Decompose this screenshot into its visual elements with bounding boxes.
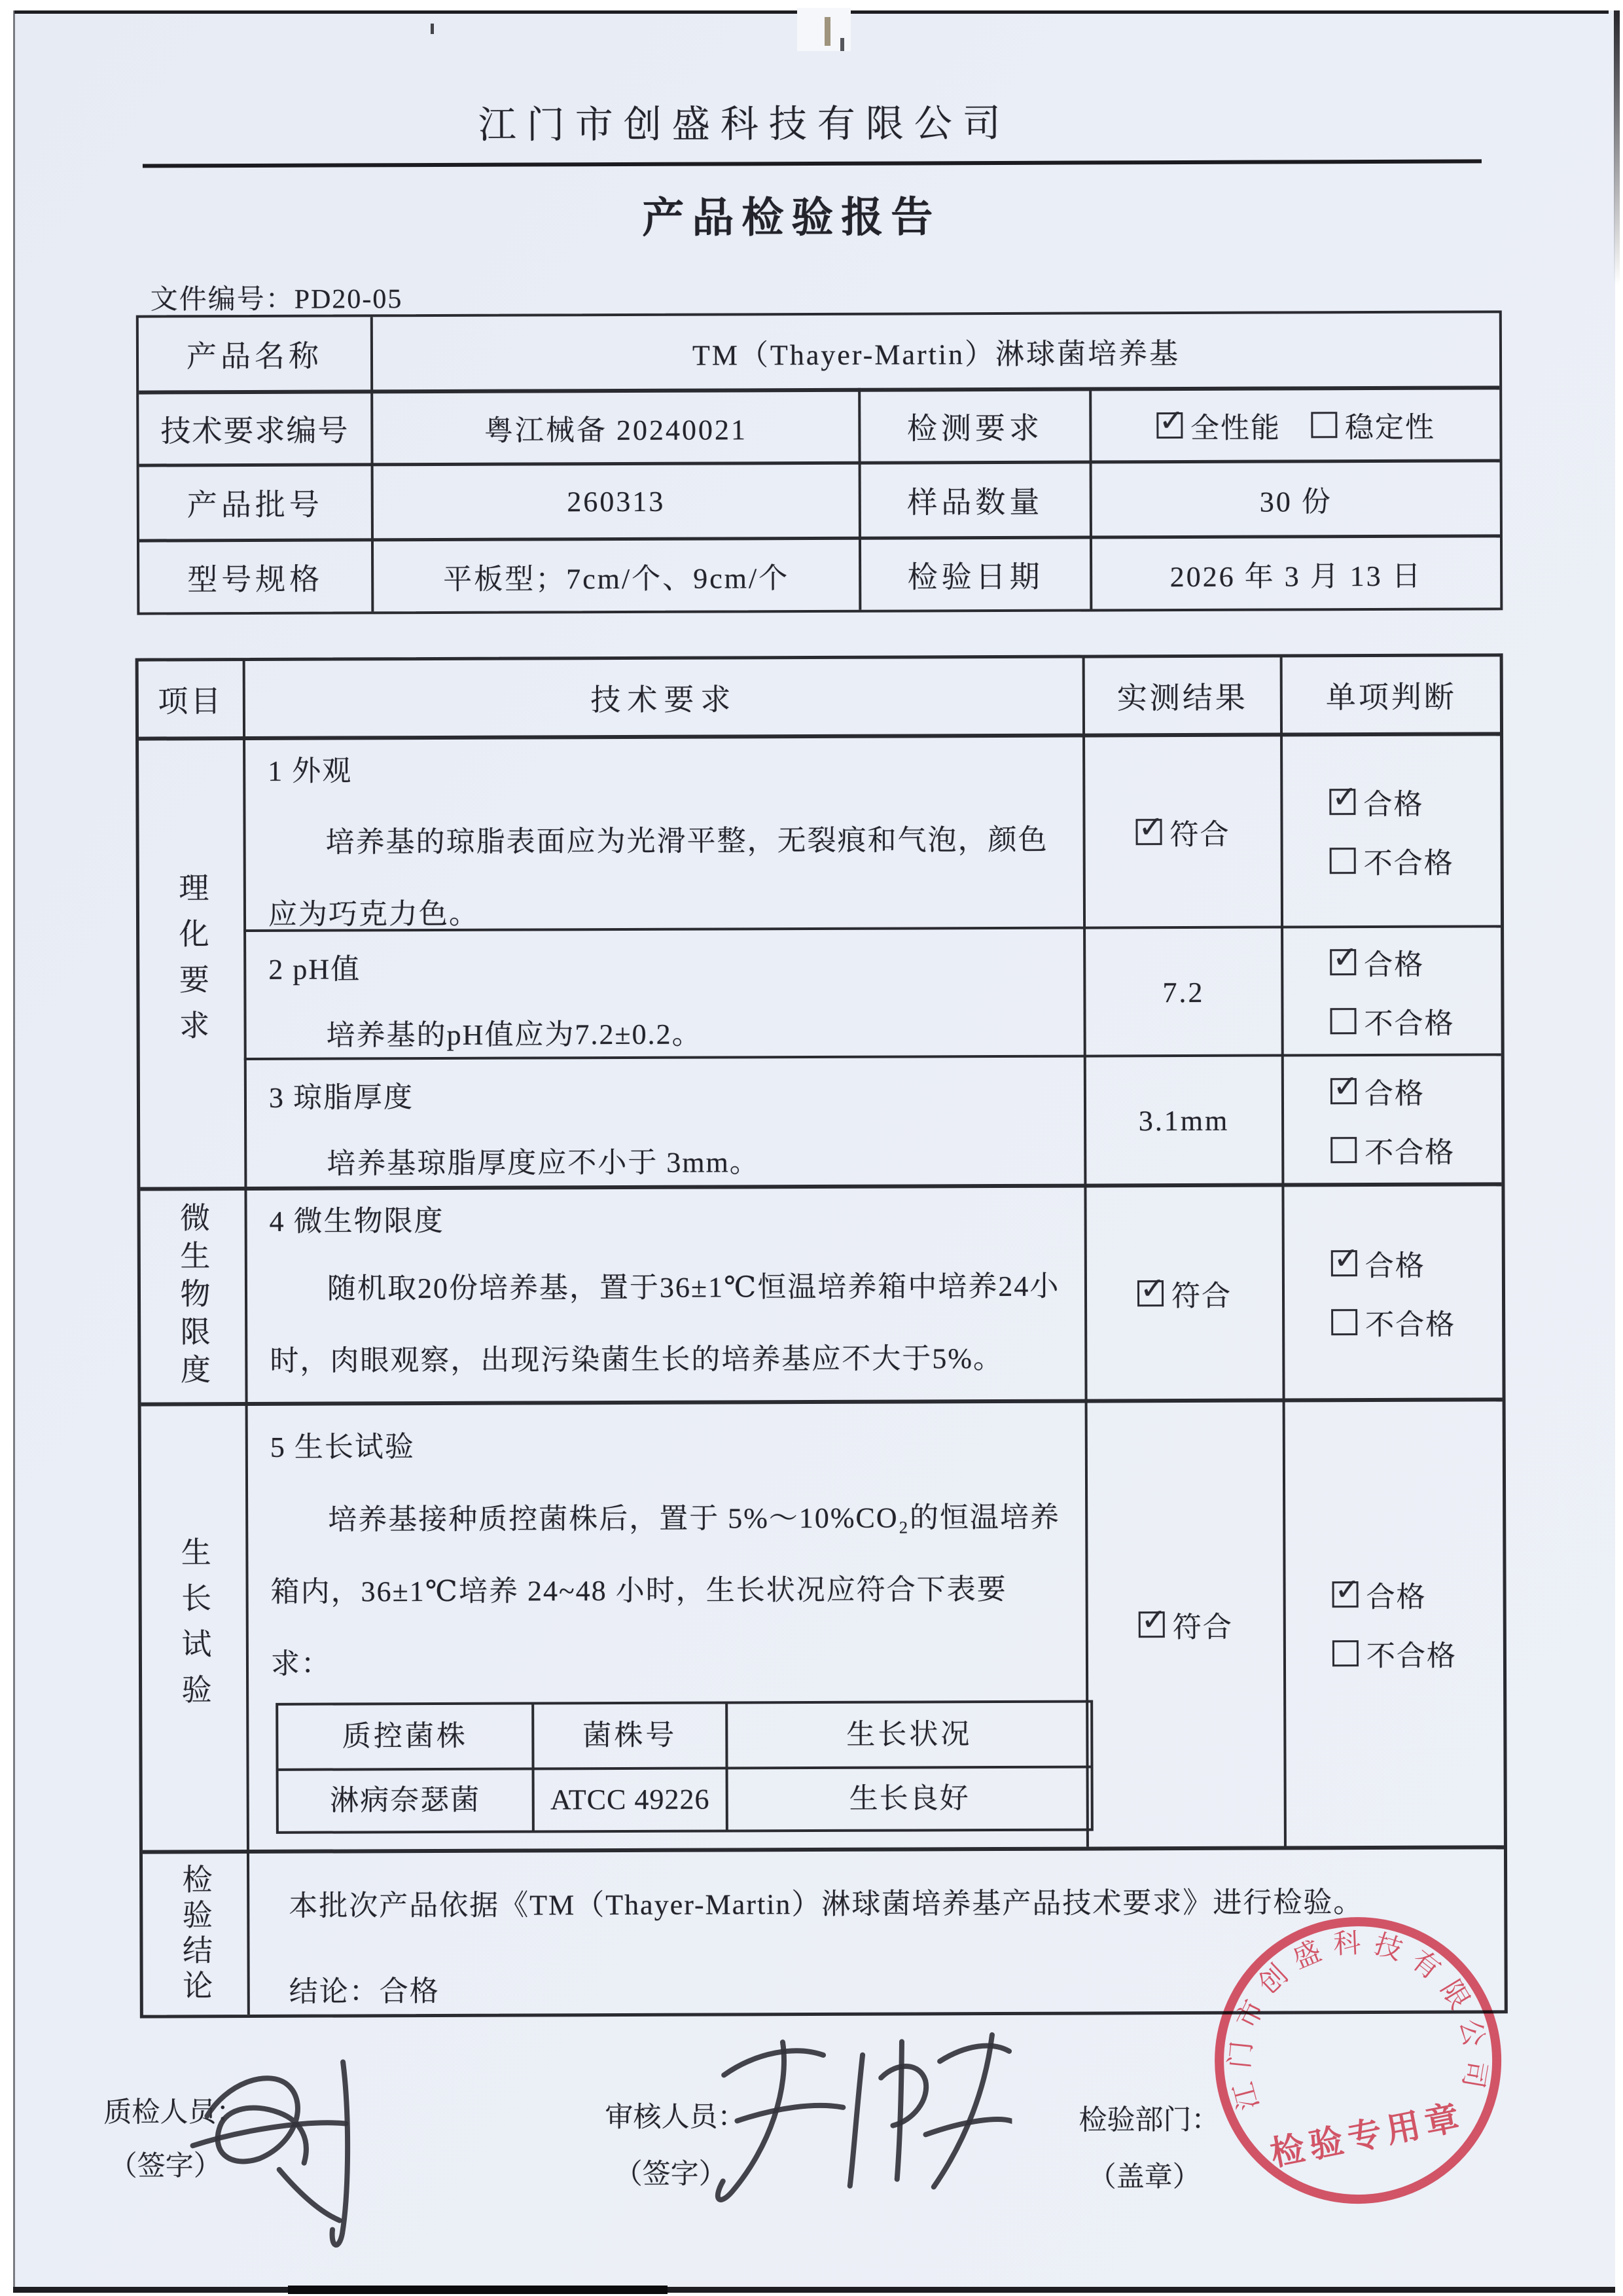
unchecked-box-icon [1311, 412, 1337, 438]
info-value-tech-req-no: 粤江械备 20240021 [373, 392, 858, 463]
judgment-pass-label: 合格 [1365, 1242, 1425, 1283]
checked-box-icon [1137, 1280, 1164, 1306]
result-agar-thickness: 3.1mm [1086, 1058, 1282, 1183]
result-text: 符合 [1169, 810, 1230, 852]
info-label-batch-no: 产品批号 [139, 466, 371, 539]
info-label-sample-qty: 样品数量 [861, 464, 1090, 537]
judgment-fail-label: 不合格 [1365, 1300, 1455, 1342]
requirement-heading: 3 琼脂厚度 [269, 1081, 1065, 1113]
judgment-pass-label: 合格 [1364, 1069, 1425, 1111]
result-microbial: 符合 [1086, 1187, 1282, 1399]
info-value-batch-no: 260313 [374, 465, 859, 539]
info-label-model-spec: 型号规格 [139, 541, 371, 612]
stamp-caption: 检验专用章 [1268, 2098, 1468, 2173]
judgment-fail-label: 不合格 [1364, 1000, 1454, 1042]
doc-number: 文件编号：PD20-05 [151, 277, 403, 317]
requirement-agar-thickness: 3 琼脂厚度 培养基琼脂厚度应不小于 3mm。 [247, 1059, 1084, 1187]
requirement-heading: 4 微生物限度 [270, 1205, 1066, 1236]
requirement-heading: 5 生长试验 [270, 1431, 1067, 1462]
judgment-fail-label: 不合格 [1364, 839, 1454, 881]
checkbox-label: 稳定性 [1345, 404, 1435, 446]
judgment-fail-label: 不合格 [1364, 1128, 1455, 1170]
result-text: 符合 [1173, 1604, 1233, 1645]
growth-table: 质控菌株 菌株号 生长状况 淋病奈瑟菌 ATCC 49226 生长良好 [276, 1700, 1094, 1834]
info-label-tech-req-no: 技术要求编号 [139, 393, 370, 463]
unchecked-box-icon [1330, 1137, 1357, 1163]
judgment-appearance: 合格 不合格 [1283, 736, 1501, 925]
judgment-growth: 合格 不合格 [1285, 1401, 1504, 1846]
info-label-product-name: 产品名称 [139, 317, 370, 390]
section-physicochemical: 理化要求 [139, 740, 244, 1187]
growth-header-strain-no: 菌株号 [534, 1704, 725, 1767]
judgment-fail-label: 不合格 [1366, 1632, 1457, 1674]
result-ph: 7.2 [1086, 929, 1281, 1054]
requirement-text: 随机取20份培养基，置于36±1℃恒温培养箱中培养24小时，肉眼观察，出现污染菌… [270, 1251, 1067, 1397]
unchecked-box-icon [1330, 848, 1356, 874]
growth-cell-status: 生长良好 [728, 1768, 1091, 1830]
result-growth: 符合 [1088, 1402, 1284, 1846]
inspection-stamp: 江门市创盛科技有限公司 检验专用章 [1200, 1903, 1516, 2218]
requirement-ph: 2 pH值 培养基的pH值应为7.2±0.2。 [246, 931, 1084, 1058]
info-value-product-name: TM（Thayer-Martin）淋球菌培养基 [373, 313, 1499, 389]
result-appearance: 符合 [1085, 736, 1281, 926]
checkbox-label: 全性能 [1190, 404, 1281, 446]
col-header-requirement: 技术要求 [245, 658, 1082, 736]
section-microbial-limit: 微生物限度 [140, 1191, 245, 1403]
checkbox-full-performance: 全性能 [1156, 404, 1281, 446]
dept-label: 检验部门： [1079, 2098, 1219, 2138]
judgment-pass-label: 合格 [1366, 1573, 1426, 1615]
header-rule [143, 159, 1482, 168]
qc-signature [181, 2037, 397, 2260]
requirement-heading: 1 外观 [268, 755, 1064, 786]
checked-box-icon [1135, 819, 1162, 845]
growth-header-status: 生长状况 [728, 1703, 1090, 1767]
col-header-judgment: 单项判断 [1283, 656, 1500, 732]
requirement-text: 培养基的琼脂表面应为光滑平整，无裂痕和气泡，颜色应为巧克力色。 [268, 804, 1065, 951]
info-label-test-requirement: 检测要求 [861, 391, 1089, 461]
checked-box-icon [1329, 789, 1355, 815]
unchecked-box-icon [1332, 1640, 1359, 1666]
review-signature [685, 2015, 1012, 2213]
requirement-heading: 2 pH值 [268, 953, 1065, 984]
col-header-result: 实测结果 [1085, 657, 1280, 733]
info-label-test-date: 检验日期 [861, 539, 1090, 610]
growth-cell-strain: 淋病奈瑟菌 [279, 1770, 532, 1831]
info-value-model-spec: 平板型；7cm/个、9cm/个 [374, 540, 859, 612]
requirement-appearance: 1 外观 培养基的琼脂表面应为光滑平整，无裂痕和气泡，颜色应为巧克力色。 [245, 738, 1083, 929]
info-table: 产品名称 TM（Thayer-Martin）淋球菌培养基 技术要求编号 粤江械备… [136, 310, 1503, 615]
checked-box-icon [1156, 412, 1183, 439]
dept-seal-label: （盖章） [1088, 2155, 1201, 2195]
judgment-microbial: 合格 不合格 [1284, 1186, 1502, 1398]
info-value-sample-qty: 30 份 [1092, 462, 1500, 535]
requirement-microbial-limit: 4 微生物限度 随机取20份培养基，置于36±1℃恒温培养箱中培养24小时，肉眼… [247, 1188, 1084, 1402]
checkbox-stability: 稳定性 [1311, 404, 1435, 446]
result-text: 符合 [1171, 1272, 1232, 1314]
main-table: 项目 技术要求 实测结果 单项判断 理化要求 微生物限度 生长试验 检验结论 1… [135, 653, 1508, 2018]
info-value-test-date: 2026 年 3 月 13 日 [1092, 537, 1500, 609]
document-content: 江门市创盛科技有限公司 产品检验报告 文件编号：PD20-05 产品名称 TM（… [0, 0, 1623, 2296]
unchecked-box-icon [1330, 1008, 1356, 1034]
checked-box-icon [1330, 1078, 1357, 1104]
judgment-pass-label: 合格 [1363, 780, 1423, 822]
checked-box-icon [1332, 1581, 1359, 1607]
section-growth-test: 生长试验 [141, 1406, 247, 1850]
judgment-ph: 合格 不合格 [1283, 929, 1501, 1054]
growth-header-strain: 质控菌株 [278, 1705, 531, 1768]
judgment-agar: 合格 不合格 [1284, 1057, 1502, 1183]
growth-cell-strain-no: ATCC 49226 [535, 1769, 726, 1830]
checked-box-icon [1330, 949, 1356, 975]
section-conclusion: 检验结论 [143, 1854, 247, 2015]
checked-box-icon [1331, 1250, 1357, 1276]
judgment-pass-label: 合格 [1364, 941, 1424, 983]
company-name: 江门市创盛科技有限公司 [478, 92, 1011, 149]
stamp-ring [1219, 1921, 1497, 2199]
requirement-text: 培养基接种质控菌株后，置于 5%～10%CO₂的恒温培养箱内，36±1℃培养 2… [270, 1482, 1067, 1700]
scanned-report-page: 江门市创盛科技有限公司 产品检验报告 文件编号：PD20-05 产品名称 TM（… [0, 0, 1623, 2296]
unchecked-box-icon [1331, 1309, 1357, 1335]
col-header-item: 项目 [139, 661, 243, 737]
info-value-test-requirement: 全性能 稳定性 [1092, 389, 1499, 460]
checked-box-icon [1139, 1611, 1165, 1638]
requirement-growth-test: 5 生长试验 培养基接种质控菌株后，置于 5%～10%CO₂的恒温培养箱内，36… [248, 1403, 1086, 1850]
page-title: 产品检验报告 [642, 183, 940, 245]
